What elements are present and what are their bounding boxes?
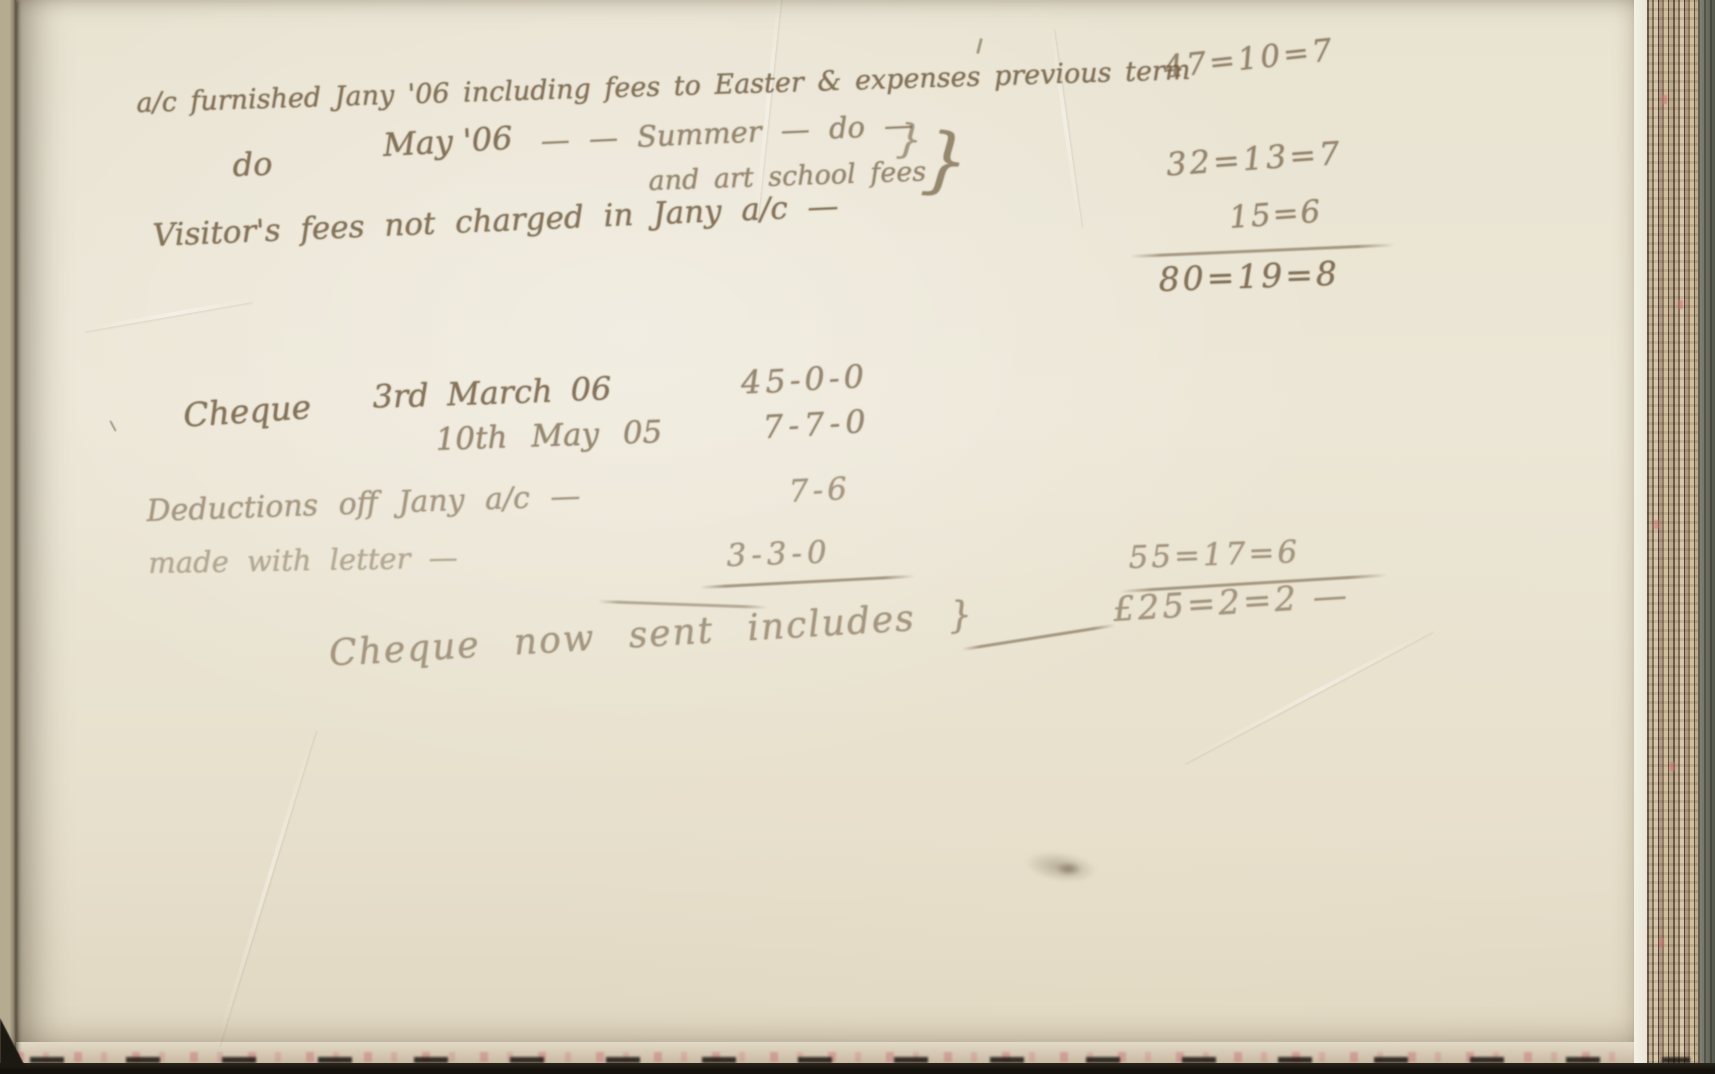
amount-visitors-fees: 15=6 [1228, 194, 1323, 236]
amount-cheque1: 45-0-0 [740, 357, 869, 402]
pink-fleck [1662, 95, 1667, 104]
stacked-page-edges [1647, 0, 1698, 1064]
ledger-line-may-date: May '06 [382, 119, 513, 164]
page-fore-edge-white [1634, 0, 1647, 1064]
brace-large: } [919, 116, 972, 204]
account-book-scan: a/c furnished Jany '06 including fees to… [0, 0, 1715, 1074]
amount-total-owed: 80=19=8 [1158, 254, 1341, 299]
spine-binding-strip [0, 0, 16, 1074]
brace-small: } [895, 116, 924, 164]
pink-fleck [1654, 520, 1659, 529]
bottom-left-corner-shadow [0, 1018, 26, 1068]
pink-fleck [1670, 762, 1675, 771]
ledger-line-ditto: do [232, 145, 273, 184]
ledger-line-note: made with letter — [148, 541, 458, 580]
amount-minor: 7-6 [788, 471, 852, 510]
ink-smudge [1056, 862, 1082, 876]
pink-fleck [1678, 300, 1683, 309]
amount-cheques-total: 55=17=6 [1128, 534, 1301, 576]
pink-fleck [1659, 938, 1664, 947]
amount-cheque2: 7-7-0 [762, 402, 872, 446]
table-edge-dark-strip [0, 1063, 1715, 1074]
book-cover-fore-edge [1698, 0, 1715, 1074]
amount-deductions: 3-3-0 [726, 534, 832, 574]
